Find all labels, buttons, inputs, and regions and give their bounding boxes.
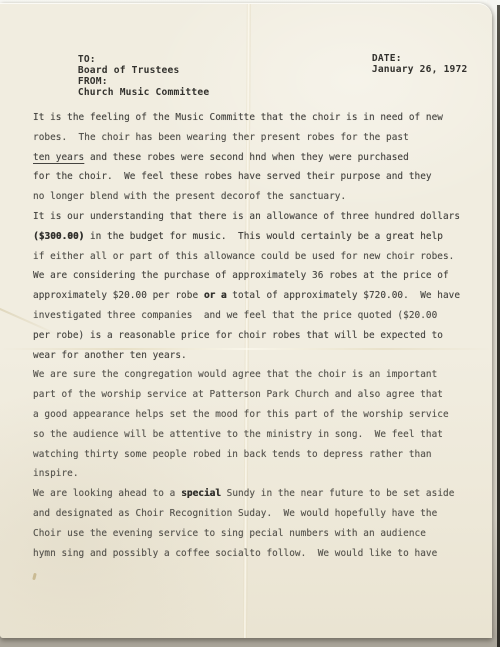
- memo-line: approximately $20.00 per robe or a total…: [33, 286, 478, 306]
- memo-line: It is our understanding that there is an…: [33, 207, 478, 227]
- memo-line: wear for another ten years.: [33, 346, 478, 366]
- memo-text: It is our understanding that there is an…: [33, 211, 460, 222]
- memo-line: inspire.: [33, 464, 478, 484]
- memo-text: so the audience will be attentive to the…: [33, 429, 443, 440]
- memo-line: investigated three companies and we feel…: [33, 306, 478, 326]
- memo-text: a good appearance helps set the mood for…: [33, 409, 449, 420]
- memo-line: Choir use the evening service to sing pe…: [33, 524, 478, 544]
- memo-body-text: It is the feeling of the Music Committe …: [33, 108, 478, 563]
- memo-text: We are looking ahead to a: [33, 488, 181, 499]
- memo-text: hymn sing and possibly a coffee socialto…: [33, 548, 437, 559]
- memo-text: inspire.: [33, 468, 79, 479]
- memo-line: part of the worship service at Patterson…: [33, 385, 478, 405]
- memo-line: ten years and these robes were second hn…: [33, 148, 478, 168]
- header-date-row: DATE: January 26, 1972: [336, 42, 467, 86]
- memo-text: for the choir. We feel these robes have …: [33, 171, 432, 182]
- date-value: January 26, 1972: [372, 64, 468, 75]
- memo-text: wear for another ten years.: [33, 350, 187, 361]
- header-from-row: FROM: Church Music Committee: [42, 65, 209, 109]
- memo-line: robes. The choir has been wearing ther p…: [33, 128, 478, 148]
- memo-text: Sundy in the near future to be set aside: [221, 488, 454, 499]
- memo-line: so the audience will be attentive to the…: [33, 425, 478, 445]
- memo-line: for the choir. We feel these robes have …: [33, 167, 478, 187]
- memo-text: part of the worship service at Patterson…: [33, 389, 443, 400]
- memo-text: investigated three companies and we feel…: [33, 310, 437, 321]
- memo-line: ($300.00) in the budget for music. This …: [33, 227, 478, 247]
- paper-sheet: TO: Board of Trustees DATE: January 26, …: [0, 3, 492, 638]
- memo-line: We are considering the purchase of appro…: [33, 266, 478, 286]
- memo-text: We are considering the purchase of appro…: [33, 270, 449, 281]
- memo-line: We are sure the congregation would agree…: [33, 365, 478, 385]
- memo-text: no longer blend with the present decorof…: [33, 191, 346, 202]
- memo-text: approximately $20.00 per robe: [33, 290, 204, 301]
- memo-line: and designated as Choir Recognition Suda…: [33, 504, 478, 524]
- ink-smudge-mark: [32, 573, 37, 581]
- from-label: FROM:: [78, 76, 126, 87]
- memo-line: if either all or part of this allowance …: [33, 247, 478, 267]
- memo-text: It is the feeling of the Music Committe …: [33, 112, 443, 123]
- memo-line: no longer blend with the present decorof…: [33, 187, 478, 207]
- memo-text-bold: special: [181, 488, 221, 499]
- memo-text: and these robes were second hnd when the…: [84, 152, 409, 163]
- memo-text: per robe) is a reasonable price for choi…: [33, 330, 443, 341]
- date-label: DATE:: [372, 53, 409, 64]
- memo-text-underline: ten years: [33, 152, 84, 163]
- memo-line: a good appearance helps set the mood for…: [33, 405, 478, 425]
- memo-text: We are sure the congregation would agree…: [33, 369, 437, 380]
- memo-text-bold: or a: [204, 290, 227, 301]
- memo-line: per robe) is a reasonable price for choi…: [33, 326, 478, 346]
- memo-text: total of approximately $720.00. We have: [227, 290, 460, 301]
- memo-text-bold: ($300.00): [33, 231, 84, 242]
- memo-line: We are looking ahead to a special Sundy …: [33, 484, 478, 504]
- memo-text: if either all or part of this allowance …: [33, 251, 454, 262]
- memo-text: and designated as Choir Recognition Suda…: [33, 508, 437, 519]
- memo-text: watching thirty some people robed in bac…: [33, 449, 432, 460]
- memo-text: robes. The choir has been wearing ther p…: [33, 132, 409, 143]
- memo-line: watching thirty some people robed in bac…: [33, 445, 478, 465]
- memo-text: Choir use the evening service to sing pe…: [33, 528, 426, 539]
- memo-text: in the budget for music. This would cert…: [84, 231, 443, 242]
- from-value: Church Music Committee: [78, 87, 209, 98]
- to-label: TO:: [78, 54, 126, 65]
- memo-line: hymn sing and possibly a coffee socialto…: [33, 544, 478, 564]
- scanned-memo-page: TO: Board of Trustees DATE: January 26, …: [0, 0, 500, 647]
- memo-line: It is the feeling of the Music Committe …: [33, 108, 478, 128]
